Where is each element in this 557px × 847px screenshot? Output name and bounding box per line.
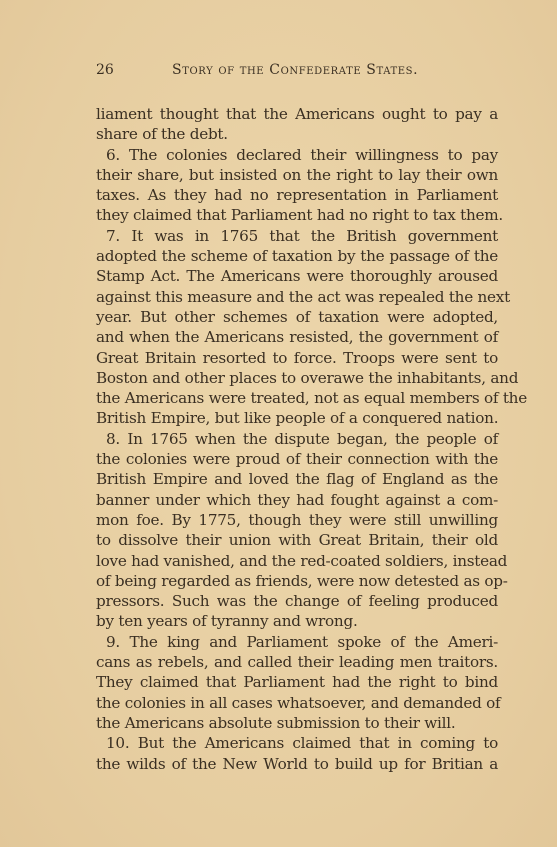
text-line: their share, but insisted on the right t… — [96, 165, 498, 185]
text-line: year. But other schemes of taxation were… — [96, 307, 498, 327]
text-line: 10. But the Americans claimed that in co… — [96, 733, 498, 753]
text-line: They claimed that Parliament had the rig… — [96, 672, 498, 692]
text-line: 7. It was in 1765 that the British gover… — [96, 226, 498, 246]
text-line: adopted the scheme of taxation by the pa… — [96, 246, 498, 266]
text-line: British Empire and loved the flag of Eng… — [96, 469, 498, 489]
text-line: Great Britain resorted to force. Troops … — [96, 348, 498, 368]
text-line: 6. The colonies declared their willingne… — [96, 145, 498, 165]
text-line: mon foe. By 1775, though they were still… — [96, 510, 498, 530]
text-line: 8. In 1765 when the dispute began, the p… — [96, 429, 498, 449]
text-line: the colonies were proud of their connect… — [96, 449, 498, 469]
text-line: taxes. As they had no representation in … — [96, 185, 498, 205]
text-line: Boston and other places to overawe the i… — [96, 368, 498, 388]
running-title: Story of the Confederate States. — [172, 62, 418, 78]
text-line: banner under which they had fought again… — [96, 490, 498, 510]
page-number: 26 — [96, 62, 114, 78]
text-line: love had vanished, and the red-coated so… — [96, 551, 498, 571]
text-line: 9. The king and Parliament spoke of the … — [96, 632, 498, 652]
text-line: cans as rebels, and called their leading… — [96, 652, 498, 672]
text-line: Stamp Act. The Americans were thoroughly… — [96, 266, 498, 286]
text-line: the Americans were treated, not as equal… — [96, 388, 498, 408]
text-line: pressors. Such was the change of feeling… — [96, 591, 498, 611]
text-line: by ten years of tyranny and wrong. — [96, 611, 498, 631]
book-page: 26 Story of the Confederate States. liam… — [0, 0, 557, 847]
text-line: British Empire, but like people of a con… — [96, 408, 498, 428]
text-line: of being regarded as friends, were now d… — [96, 571, 498, 591]
text-line: against this measure and the act was rep… — [96, 287, 498, 307]
text-line: they claimed that Parliament had no righ… — [96, 205, 498, 225]
text-line: the Americans absolute submission to the… — [96, 713, 498, 733]
running-head: 26 Story of the Confederate States. — [96, 62, 498, 82]
text-line: liament thought that the Americans ought… — [96, 104, 498, 124]
text-line: and when the Americans resisted, the gov… — [96, 327, 498, 347]
text-line: the wilds of the New World to build up f… — [96, 754, 498, 774]
text-line: to dissolve their union with Great Brita… — [96, 530, 498, 550]
text-line: the colonies in all cases whatsoever, an… — [96, 693, 498, 713]
text-line: share of the debt. — [96, 124, 498, 144]
body-text: liament thought that the Americans ought… — [96, 104, 498, 774]
